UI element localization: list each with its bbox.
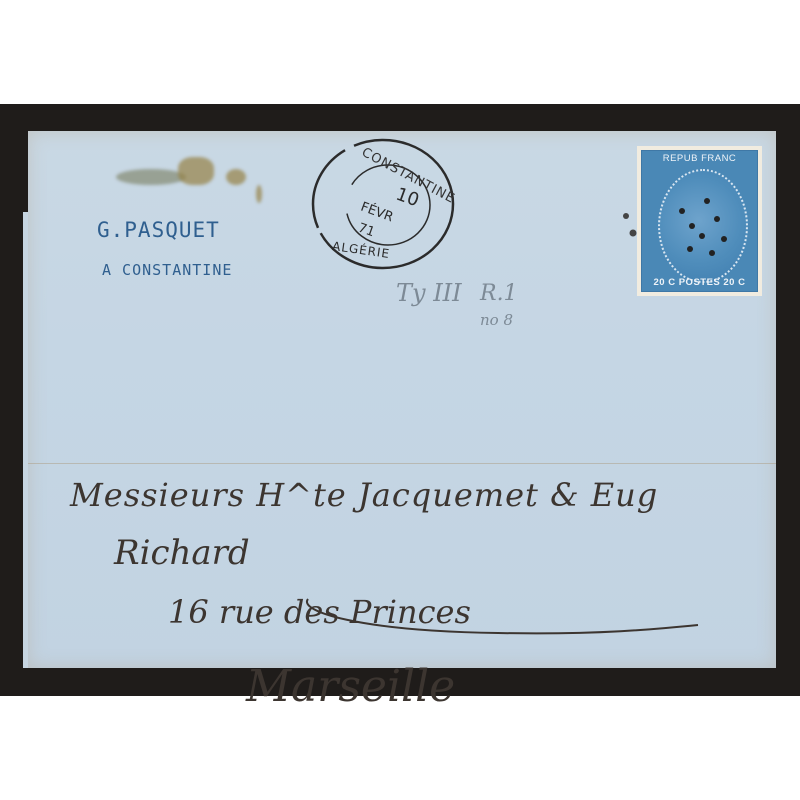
city-underline-flourish: [298, 591, 718, 641]
stamp-frame: REPUB FRANC 20 C POSTES 20 C: [641, 150, 758, 292]
address-line-recipient: Messieurs H^te Jacquemet & Eug: [70, 476, 658, 514]
address-line-name: Richard: [114, 533, 250, 573]
postage-stamp: REPUB FRANC 20 C POSTES 20 C: [637, 146, 762, 296]
stamp-bottom-label: 20 C POSTES 20 C: [642, 276, 757, 290]
pencil-note-number: no 8: [480, 311, 513, 329]
pencil-note-type: Ty III: [396, 279, 462, 307]
stamp-top-label: REPUB FRANC: [642, 152, 757, 166]
sender-name: G.PASQUET: [97, 218, 220, 242]
pencil-note-ref: R.1: [480, 281, 518, 306]
stamp-cancel-dots: [662, 181, 752, 271]
address-line-city: Marseille: [246, 661, 455, 712]
postmark: CONSTANTINE 10 FÉVR 71 ALGÉRIE: [308, 135, 458, 273]
sender-city: A CONSTANTINE: [102, 261, 232, 279]
fold-line: [28, 463, 776, 464]
